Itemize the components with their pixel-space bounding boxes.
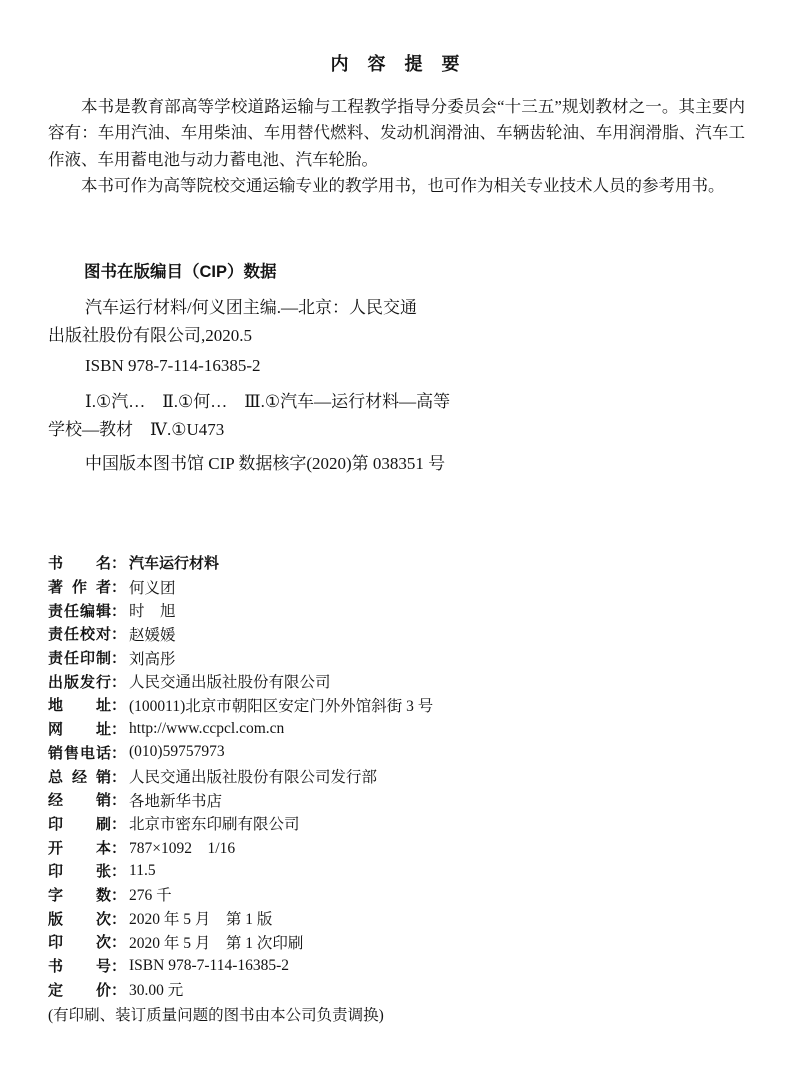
colophon-label: 经销 <box>48 789 111 810</box>
colophon-value: ISBN 978-7-114-16385-2 <box>129 957 289 975</box>
colophon-row: 销售电话：(010)59757973 <box>48 741 750 765</box>
colophon-value: 北京市密东印刷有限公司 <box>129 812 300 834</box>
colophon-value: 赵媛媛 <box>129 623 176 645</box>
colophon-value: 2020 年 5 月 第 1 版 <box>129 907 272 929</box>
cip-line: 中国版本图书馆 CIP 数据核字(2020)第 038351 号 <box>48 450 745 478</box>
colophon-value: (100011)北京市朝阳区安定门外外馆斜街 3 号 <box>129 694 433 716</box>
colophon-row: 责任校对：赵媛媛 <box>48 622 750 646</box>
colophon-colon: ： <box>111 766 126 787</box>
cip-line: ISBN 978-7-114-16385-2 <box>48 352 745 380</box>
colophon-colon: ： <box>111 576 126 597</box>
summary-body: 本书是教育部高等学校道路运输与工程教学指导分委员会“十三五”规划教材之一。其主要… <box>48 94 745 200</box>
colophon-colon: ： <box>111 884 126 905</box>
colophon-value: 人民交通出版社股份有限公司发行部 <box>129 765 377 787</box>
colophon-label: 字数 <box>48 884 111 905</box>
colophon-label: 印次 <box>48 931 111 952</box>
colophon-colon: ： <box>111 908 126 929</box>
colophon-value: http://www.ccpcl.com.cn <box>129 720 284 738</box>
colophon-colon: ： <box>111 955 126 976</box>
colophon-colon: ： <box>111 813 126 834</box>
colophon-label: 销售电话 <box>48 742 111 763</box>
summary-paragraph: 本书可作为高等院校交通运输专业的教学用书，也可作为相关专业技术人员的参考用书。 <box>48 173 745 199</box>
colophon-value: 何义团 <box>129 576 176 598</box>
colophon-label: 责任校对 <box>48 623 111 644</box>
colophon-label: 开本 <box>48 837 111 858</box>
colophon-label: 著作者 <box>48 576 111 597</box>
colophon-label: 书名 <box>48 552 111 573</box>
colophon-row: 责任编辑：时 旭 <box>48 598 750 622</box>
colophon-colon: ： <box>111 718 126 739</box>
colophon-row: 地址：(100011)北京市朝阳区安定门外外馆斜街 3 号 <box>48 693 750 717</box>
colophon-colon: ： <box>111 979 126 1000</box>
colophon-label: 网址 <box>48 718 111 739</box>
cip-title: 图书在版编目（CIP）数据 <box>84 258 277 282</box>
colophon-value: 787×1092 1/16 <box>129 836 235 858</box>
colophon-value: 刘高彤 <box>129 647 176 669</box>
summary-paragraph: 本书是教育部高等学校道路运输与工程教学指导分委员会“十三五”规划教材之一。其主要… <box>48 94 745 173</box>
colophon-colon: ： <box>111 671 126 692</box>
colophon-colon: ： <box>111 600 126 621</box>
colophon-colon: ： <box>111 931 126 952</box>
colophon-row: 网址：http://www.ccpcl.com.cn <box>48 717 750 741</box>
colophon-row: 定价：30.00 元 <box>48 977 750 1001</box>
colophon-colon: ： <box>111 837 126 858</box>
colophon: 书名：汽车运行材料著作者：何义团责任编辑：时 旭责任校对：赵媛媛责任印制：刘高彤… <box>48 551 750 1027</box>
colophon-row: 印次：2020 年 5 月 第 1 次印刷 <box>48 930 750 954</box>
colophon-row: 责任印制：刘高彤 <box>48 646 750 670</box>
book-copyright-page: 内容提要 本书是教育部高等学校道路运输与工程教学指导分委员会“十三五”规划教材之… <box>0 0 790 1068</box>
colophon-row: 字数：276 千 <box>48 883 750 907</box>
colophon-row: 印张：11.5 <box>48 859 750 883</box>
cip-line: 汽车运行材料/何义团主编.—北京：人民交通 <box>48 294 745 322</box>
colophon-value: 各地新华书店 <box>129 789 222 811</box>
colophon-value: 276 千 <box>129 883 172 905</box>
colophon-row: 总经销：人民交通出版社股份有限公司发行部 <box>48 764 750 788</box>
cip-body: 汽车运行材料/何义团主编.—北京：人民交通出版社股份有限公司,2020.5ISB… <box>48 294 745 478</box>
colophon-value: 30.00 元 <box>129 978 183 1000</box>
colophon-colon: ： <box>111 623 126 644</box>
cip-line: 出版社股份有限公司,2020.5 <box>48 322 745 350</box>
colophon-label: 出版发行 <box>48 671 111 692</box>
colophon-colon: ： <box>111 694 126 715</box>
colophon-value: 2020 年 5 月 第 1 次印刷 <box>129 931 303 953</box>
quality-note: (有印刷、装订质量问题的图书由本公司负责调换) <box>48 1002 750 1027</box>
colophon-row: 开本：787×1092 1/16 <box>48 835 750 859</box>
colophon-row: 书号：ISBN 978-7-114-16385-2 <box>48 954 750 978</box>
colophon-label: 责任印制 <box>48 647 111 668</box>
colophon-colon: ： <box>111 552 126 573</box>
colophon-label: 总经销 <box>48 766 111 787</box>
colophon-value: 11.5 <box>129 862 156 880</box>
colophon-row: 出版发行：人民交通出版社股份有限公司 <box>48 669 750 693</box>
colophon-label: 印张 <box>48 860 111 881</box>
colophon-row: 书名：汽车运行材料 <box>48 551 750 575</box>
colophon-label: 定价 <box>48 979 111 1000</box>
colophon-label: 责任编辑 <box>48 600 111 621</box>
colophon-row: 印刷：北京市密东印刷有限公司 <box>48 812 750 836</box>
colophon-colon: ： <box>111 789 126 810</box>
colophon-colon: ： <box>111 860 126 881</box>
colophon-colon: ： <box>111 742 126 763</box>
colophon-row: 版次：2020 年 5 月 第 1 版 <box>48 906 750 930</box>
colophon-label: 版次 <box>48 908 111 929</box>
colophon-value: 人民交通出版社股份有限公司 <box>129 670 331 692</box>
cip-line: Ⅰ.①汽… Ⅱ.①何… Ⅲ.①汽车—运行材料—高等 <box>48 388 745 416</box>
colophon-value: 时 旭 <box>129 599 176 621</box>
colophon-label: 印刷 <box>48 813 111 834</box>
colophon-value: (010)59757973 <box>129 743 225 761</box>
summary-title: 内容提要 <box>0 50 790 76</box>
colophon-label: 地址 <box>48 694 111 715</box>
cip-line: 学校—教材 Ⅳ.①U473 <box>48 416 745 444</box>
colophon-value: 汽车运行材料 <box>129 552 219 573</box>
colophon-label: 书号 <box>48 955 111 976</box>
colophon-colon: ： <box>111 647 126 668</box>
colophon-row: 著作者：何义团 <box>48 575 750 599</box>
colophon-row: 经销：各地新华书店 <box>48 788 750 812</box>
